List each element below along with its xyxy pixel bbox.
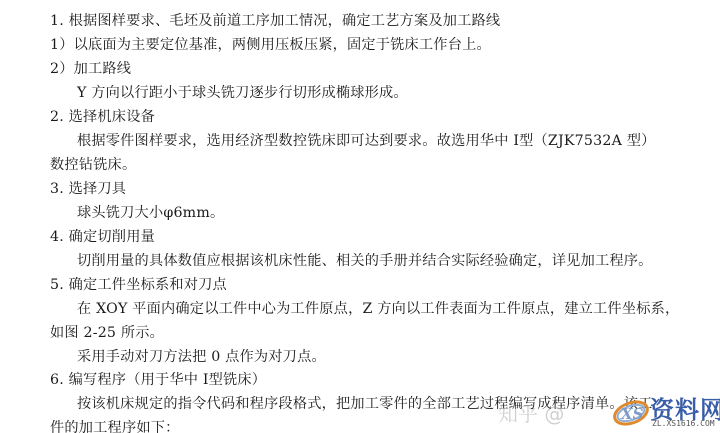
section-6-text-cont: 件的加工程序如下： [50,419,180,433]
xs-logo-icon: XS [612,393,650,431]
section-5-heading: 5. 确定工件坐标系和对刀点 [50,276,227,294]
svg-text:XS: XS [620,405,644,423]
document-page: 1. 根据图样要求、毛坯及前道工序加工情况，确定工艺方案及加工路线 1）以底面为… [0,0,720,433]
step-1-1-text: 1）以底面为主要定位基准，两侧用压板压紧，固定于铣床工作台上。 [50,36,491,54]
section-6-text: 按该机床规定的指令代码和程序段格式，把加工零件的全部工艺过程编写成程序清单。该工 [77,395,653,413]
section-2-text: 根据零件图样要求，选用经济型数控铣床即可达到要求。故选用华中 Ⅰ型（ZJK753… [77,132,656,150]
section-5-text-cont: 如图 2-25 所示。 [50,324,164,342]
section-3-heading: 3. 选择刀具 [50,180,126,198]
step-1-2-text: Y 方向以行距小于球头铣刀逐步行切形成椭球形成。 [77,84,408,102]
step-1-2-heading: 2）加工路线 [50,60,131,78]
section-2-text-cont: 数控钻铣床。 [50,156,136,174]
section-6-heading: 6. 编写程序（用于华中 Ⅰ型铣床） [50,371,266,389]
section-5-text: 在 XOY 平面内确定以工件中心为工件原点，Z 方向以工件表面为工件原点，建立工… [77,300,679,318]
watermark-url: ZL.XS1616.COM [652,419,715,428]
section-1-heading: 1. 根据图样要求、毛坯及前道工序加工情况，确定工艺方案及加工路线 [50,12,500,30]
section-5-text-2: 采用手动对刀方法把 0 点作为对刀点。 [77,348,326,366]
section-3-text: 球头铣刀大小φ6mm。 [77,204,224,222]
section-4-text: 切削用量的具体数值应根据该机床性能、相关的手册并结合实际经验确定，详见加工程序。 [77,252,653,270]
zhihu-watermark: 知乎 @ [498,398,564,427]
section-2-heading: 2. 选择机床设备 [50,108,155,126]
section-4-heading: 4. 确定切削用量 [50,228,155,246]
